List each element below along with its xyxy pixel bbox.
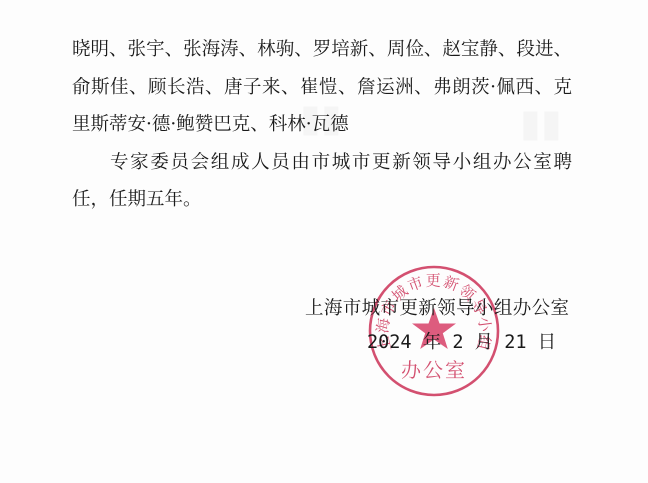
paragraph-2-line-1: 专家委员会组成人员由市城市更新领导小组办公室聘 [110, 150, 572, 176]
signature-organization: 上海市城市更新领导小组办公室 [305, 296, 569, 322]
body-line-2: 俞斯佳、顾长浩、唐子来、崔愷、詹运洲、弗朗茨·佩西、克 [72, 75, 572, 101]
body-line-1: 晓明、张宇、张海涛、林驹、罗培新、周俭、赵宝静、段进、 [72, 37, 572, 63]
paragraph-2-line-2: 任，任期五年。 [72, 187, 572, 213]
body-line-3: 里斯蒂安·德·鲍赞巴克、科林·瓦德 [72, 112, 572, 138]
signature-date: 2024 年 2 月 21 日 [367, 330, 512, 356]
seal-bottom-text: 办公室 [401, 358, 467, 382]
document-page: ▮▮ ▮▮ 晓明、张宇、张海涛、林驹、罗培新、周俭、赵宝静、段进、 俞斯佳、顾长… [0, 0, 648, 483]
